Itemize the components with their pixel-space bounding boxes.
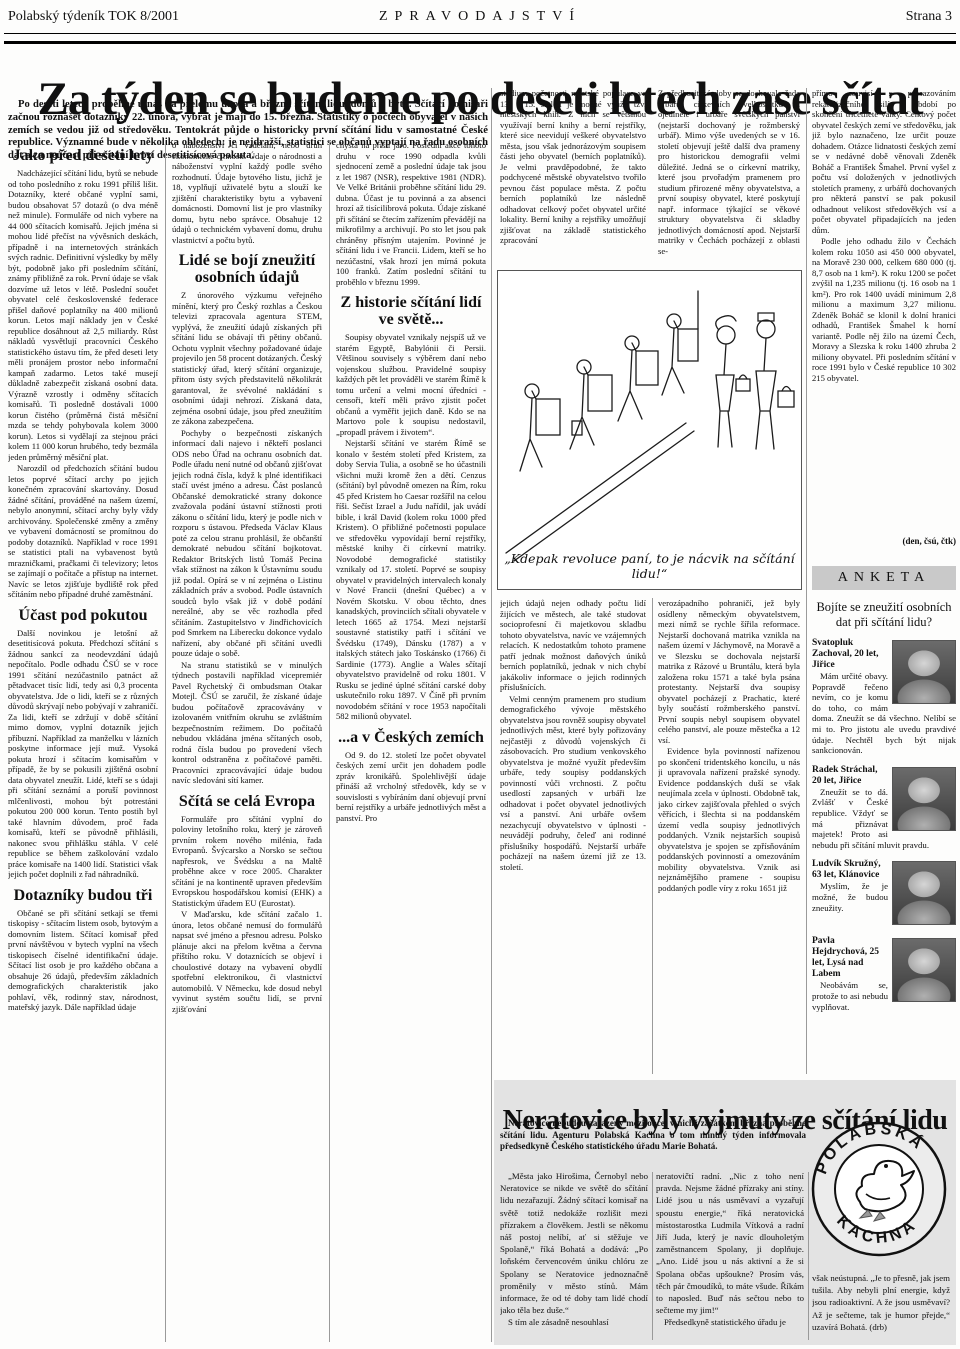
article-column-4-bottom: jejich údajů nejen odhady počtu lidí žij… — [500, 598, 646, 1074]
body-paragraph: Soupisy obyvatel vznikaly nejspíš už ve … — [336, 332, 486, 437]
neratovice-lead: Neratovice nebudou zařazeny mezi obce, v… — [500, 1118, 806, 1153]
section-subheading: Z historie sčítání lidí ve světě... — [338, 294, 484, 328]
cartoon-drawing-icon — [498, 271, 799, 587]
section-subheading: Účast pod pokutou — [10, 607, 156, 624]
body-paragraph: Podle jeho odhadu žilo v Čechách kolem r… — [812, 236, 956, 383]
article-column-5-top: Z předhusitské doby se dochovala řada ur… — [658, 88, 800, 268]
body-paragraph: studium početnosti městské populace ve 1… — [500, 88, 646, 246]
article-column-2: o náboženství či vzdělání, nebo druh eko… — [172, 140, 322, 1342]
body-paragraph: Předsedkyně statistického úřadu je — [656, 1316, 804, 1328]
anketa-question: Bojíte se zneužití osobních dat při sčít… — [814, 600, 954, 630]
article-signature: (den, čsú, čtk) — [812, 536, 956, 546]
masthead-page-number: Strana 3 — [906, 9, 952, 25]
duck-logo-icon: POLABSKÁ KACHNA — [808, 1110, 950, 1268]
neratovice-article-box: Neratovice byly vyjmuty ze sčítání lidu … — [494, 1080, 956, 1345]
article-column-4-top: studium početnosti městské populace ve 1… — [500, 88, 646, 268]
polabska-kachna-logo: POLABSKÁ KACHNA — [808, 1110, 950, 1268]
portrait-photo — [892, 861, 956, 925]
body-paragraph: V Maďarsku, kde sčítání začalo 1. února,… — [172, 909, 322, 1014]
body-paragraph: Nadcházející sčítání lidu, bytů se nebud… — [8, 168, 158, 462]
column-rule — [491, 88, 492, 1342]
article-column-5-bottom: verozápadního pohraničí, jež byly osídle… — [658, 598, 800, 1074]
section-subheading: Sčítá se celá Evropa — [174, 793, 320, 810]
body-paragraph: Z předhusitské doby se dochovala řada ur… — [658, 88, 800, 256]
body-paragraph: Pochyby o bezpečnosti získaných informac… — [172, 428, 322, 659]
body-paragraph: Evidence byla povinností nařízenou po sk… — [658, 746, 800, 893]
cartoon-caption: „Kdepak revoluce paní, to je nácvik na s… — [502, 551, 797, 581]
body-paragraph: Narozdíl od předchozích sčítání budou le… — [8, 463, 158, 600]
column-rule — [806, 88, 807, 1074]
anketa-entry: Svatopluk Zachoval, 20 let, Jiřice Mám u… — [812, 638, 956, 756]
anketa-title-bar: ANKETA — [812, 566, 956, 590]
body-paragraph: přímo souvisí s prosazováním rekatolizač… — [812, 88, 956, 235]
neratovice-column-1: „Města jako Hirošima, Černobyl nebo Nera… — [500, 1170, 648, 1342]
masthead-rule — [4, 33, 956, 44]
column-rule — [165, 140, 166, 1342]
body-paragraph: Na stranu statistiků se v minulých týdne… — [172, 660, 322, 786]
body-paragraph: neratovičtí radní. „Nic z toho není prav… — [656, 1170, 804, 1316]
body-paragraph: jejich údajů nejen odhady počtu lidí žij… — [500, 598, 646, 693]
masthead-section: ZPRAVODAJSTVÍ — [8, 9, 952, 25]
body-paragraph: však neústupná. „Je to přesně, jak jsem … — [812, 1272, 950, 1333]
body-paragraph: S tím ale zásadně nesouhlasí — [500, 1316, 648, 1328]
body-paragraph: Občané se při sčítání setkají se třemi t… — [8, 908, 158, 1013]
section-subheading: Jako před deseti lety — [10, 147, 156, 164]
body-paragraph: o náboženství či vzdělání, nebo druh eko… — [172, 140, 322, 245]
article-column-3: chystá na příští jaro. Poslední akce toh… — [336, 140, 486, 1342]
cartoon-illustration: „Kdepak revoluce paní, to je nácvik na s… — [497, 270, 802, 590]
neratovice-column-3: však neústupná. „Je to přesně, jak jsem … — [812, 1272, 950, 1342]
neratovice-column-2: neratovičtí radní. „Nic z toho není prav… — [656, 1170, 804, 1342]
column-rule — [329, 140, 330, 1342]
section-subheading: ...a v Českých zemích — [338, 729, 484, 746]
section-subheading: Dotazníky budou tři — [10, 887, 156, 904]
column-rule — [652, 598, 653, 1074]
body-paragraph: chystá na příští jaro. Poslední akce toh… — [336, 140, 486, 287]
portrait-photo — [892, 938, 956, 1002]
body-paragraph: Velmi cenným pramenem pro studium demogr… — [500, 694, 646, 873]
column-rule — [652, 1172, 653, 1340]
body-paragraph: Z únorového výzkumu veřejného mínění, kt… — [172, 290, 322, 427]
anketa-entry: Ludvík Skružný, 63 let, Klánovice Myslím… — [812, 859, 956, 927]
body-paragraph: „Města jako Hirošima, Černobyl nebo Nera… — [500, 1170, 648, 1316]
newspaper-page: Polabský týdeník TOK 8/2001 ZPRAVODAJSTV… — [0, 0, 960, 1349]
anketa-entry: Pavla Hejdrychová, 25 let, Lysá nad Labe… — [812, 936, 956, 1012]
body-paragraph: Od 9. do 12. století lze počet obyvatel … — [336, 750, 486, 824]
body-paragraph: Další novinkou je letošní až desetitisíc… — [8, 628, 158, 880]
anketa-section: ANKETA Bojíte se zneužití osobních dat p… — [812, 566, 956, 1074]
article-column-1: Jako před deseti letyNadcházející sčítán… — [8, 140, 158, 1342]
body-paragraph: Nejstarší sčítání ve starém Římě se kona… — [336, 438, 486, 722]
body-paragraph: Formuláře pro sčítání vyplní do poloviny… — [172, 814, 322, 909]
body-paragraph: verozápadního pohraničí, jež byly osídle… — [658, 598, 800, 745]
portrait-photo — [892, 767, 956, 831]
portrait-photo — [892, 640, 956, 704]
anketa-entry: Radek Štráchal, 20 let, Jiřice Zneužít s… — [812, 765, 956, 851]
masthead: Polabský týdeník TOK 8/2001 ZPRAVODAJSTV… — [8, 9, 952, 31]
section-subheading: Lidé se bojí zneužití osobních údajů — [174, 252, 320, 286]
article-column-6: přímo souvisí s prosazováním rekatolizač… — [812, 88, 956, 534]
